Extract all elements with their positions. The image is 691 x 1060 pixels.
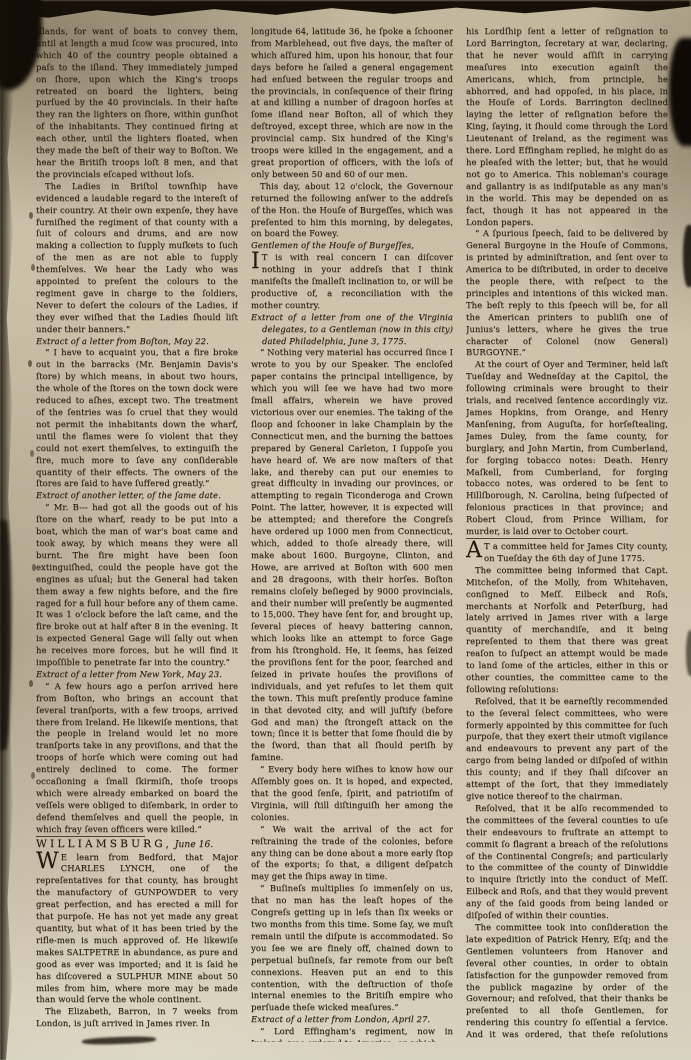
paragraph-text: “ Every body here wiſhes to know how our… — [251, 764, 453, 822]
paragraph-text: Gentlemen of the Houſe of Burgeſſes, — [251, 240, 414, 250]
news-column-3: his Lordſhip ſent a letter of reſignatio… — [466, 26, 668, 1042]
paragraph-text: Extract of a letter from Boſton, May 22. — [36, 336, 209, 346]
paragraph: The committee being informed that Capt. … — [466, 565, 668, 696]
scan-dark-blob-right-low — [686, 630, 691, 676]
paragraph-text: The Ladies in Briſtol townſhip have evid… — [36, 181, 238, 334]
drop-cap: A — [466, 542, 482, 560]
scan-dark-edge-top — [0, 0, 691, 24]
paragraph-text: This day, about 12 o'clock, the Governou… — [251, 181, 453, 239]
paragraph-text: Extract of a letter from London, April 2… — [251, 1014, 430, 1024]
newspaper-page-scan: iſlands, for want of boats to convey the… — [0, 0, 691, 1060]
paragraph: his Lordſhip ſent a letter of reſignatio… — [466, 26, 668, 228]
paragraph: I T is with real concern I can diſcover … — [251, 252, 453, 312]
scan-dark-edge-left — [0, 0, 15, 1060]
paragraph: The committee took into conſideration th… — [466, 922, 668, 1042]
paragraph: “ We wait the arrival of the act for reſ… — [251, 824, 453, 884]
paragraph: Gentlemen of the Houſe of Burgeſſes, — [251, 240, 453, 252]
paragraph: “ Nothing very material has occurred ſin… — [251, 347, 453, 764]
drop-cap: I — [251, 253, 260, 271]
text-area: iſlands, for want of boats to convey the… — [36, 26, 670, 1042]
paragraph-text: “ A ſpurious ſpeech, ſaid to be delivere… — [466, 228, 668, 357]
scan-dark-blob-right-top — [669, 38, 691, 146]
news-column-1: iſlands, for want of boats to convey the… — [36, 26, 238, 1042]
paragraph-text: T is with real concern I can diſcover no… — [251, 252, 453, 310]
paragraph: Reſolved, that it be earneſtly recommend… — [466, 696, 668, 803]
paragraph-text: “ I have to acquaint you, that a fire br… — [36, 347, 238, 488]
paragraph: Extract of a letter from one of the Virg… — [251, 312, 453, 348]
paragraph-text: Extract of a letter from New York, May 2… — [36, 669, 222, 679]
paragraph: A T a committee held for James City coun… — [466, 541, 668, 565]
paragraph: “ Mr. B--- had got all the goods out of … — [36, 502, 238, 669]
paragraph-text: his Lordſhip ſent a letter of reſignatio… — [466, 26, 668, 227]
paragraph: W E learn from Bedford, that Major CHARL… — [36, 852, 238, 1007]
paragraph-text: “ Lord Effingham's regiment, now in Irel… — [251, 1026, 453, 1042]
paragraph-text: The Elizabeth, Barron, in 7 weeks from L… — [36, 1006, 238, 1028]
paragraph: Extract of a letter from Boſton, May 22. — [36, 336, 238, 348]
paragraph-text: T a committee held for James City county… — [484, 541, 668, 563]
paragraph: iſlands, for want of boats to convey the… — [36, 26, 238, 181]
paragraph: Extract of a letter from London, April 2… — [251, 1014, 453, 1026]
paragraph-text: Extract of a letter from one of the Virg… — [251, 312, 453, 346]
paragraph-text: “ Mr. B--- had got all the goods out of … — [36, 502, 238, 667]
dateline-date: June 16. — [175, 840, 214, 850]
paragraph-text: At the court of Oyer and Terminer, held … — [466, 359, 668, 536]
scan-dark-patch-left — [0, 520, 11, 750]
paragraph: The Ladies in Briſtol townſhip have evid… — [36, 181, 238, 336]
scan-dark-blob-right-mid — [683, 225, 691, 287]
paragraph: WILLIAMSBURG, June 16. — [36, 839, 238, 852]
paragraph-text: longitude 64, latitude 36, he ſpoke a ſc… — [251, 26, 453, 179]
paragraph: The Elizabeth, Barron, in 7 weeks from L… — [36, 1006, 238, 1030]
paragraph: “ I have to acquaint you, that a fire br… — [36, 347, 238, 490]
paragraph: longitude 64, latitude 36, he ſpoke a ſc… — [251, 26, 453, 181]
paragraph: “ Every body here wiſhes to know how our… — [251, 764, 453, 824]
paragraph-text: The committee took into conſideration th… — [466, 922, 668, 1042]
paragraph-text: The committee being informed that Capt. … — [466, 565, 668, 694]
paragraph: “ Buſineſs multiplies ſo immenſely on us… — [251, 883, 453, 1014]
paragraph-text: E learn from Bedford, that Major CHARLES… — [36, 852, 238, 1005]
paragraph: Extract of another letter, of the ſame d… — [36, 490, 238, 502]
paragraph: This day, about 12 o'clock, the Governou… — [251, 181, 453, 241]
paragraph-text: Reſolved, that it be earneſtly recommend… — [466, 696, 668, 801]
paragraph: “ A few hours ago a perſon arrived here … — [36, 681, 238, 836]
dateline-city: WILLIAMSBURG, — [36, 838, 172, 850]
paragraph: “ Lord Effingham's regiment, now in Irel… — [251, 1026, 453, 1042]
paragraph-text: Reſolved, that it be alſo recommended to… — [466, 803, 668, 920]
drop-cap: W — [36, 853, 59, 871]
scan-ink-specks — [29, 212, 33, 219]
paragraph-text: “ Nothing very material has occurred ſin… — [251, 347, 453, 762]
paragraph-text: “ Buſineſs multiplies ſo immenſely on us… — [251, 883, 453, 1012]
paragraph: Extract of a letter from New York, May 2… — [36, 669, 238, 681]
paragraph: “ A ſpurious ſpeech, ſaid to be delivere… — [466, 228, 668, 359]
paragraph: Reſolved, that it be alſo recommended to… — [466, 803, 668, 922]
paragraph: At the court of Oyer and Terminer, held … — [466, 359, 668, 538]
paragraph-text: “ We wait the arrival of the act for reſ… — [251, 824, 453, 882]
paragraph-text: “ A few hours ago a perſon arrived here … — [36, 681, 238, 834]
paragraph-text: Extract of another letter, of the ſame d… — [36, 490, 221, 500]
paragraph-text: iſlands, for want of boats to convey the… — [36, 26, 238, 179]
news-column-2: longitude 64, latitude 36, he ſpoke a ſc… — [251, 26, 453, 1042]
